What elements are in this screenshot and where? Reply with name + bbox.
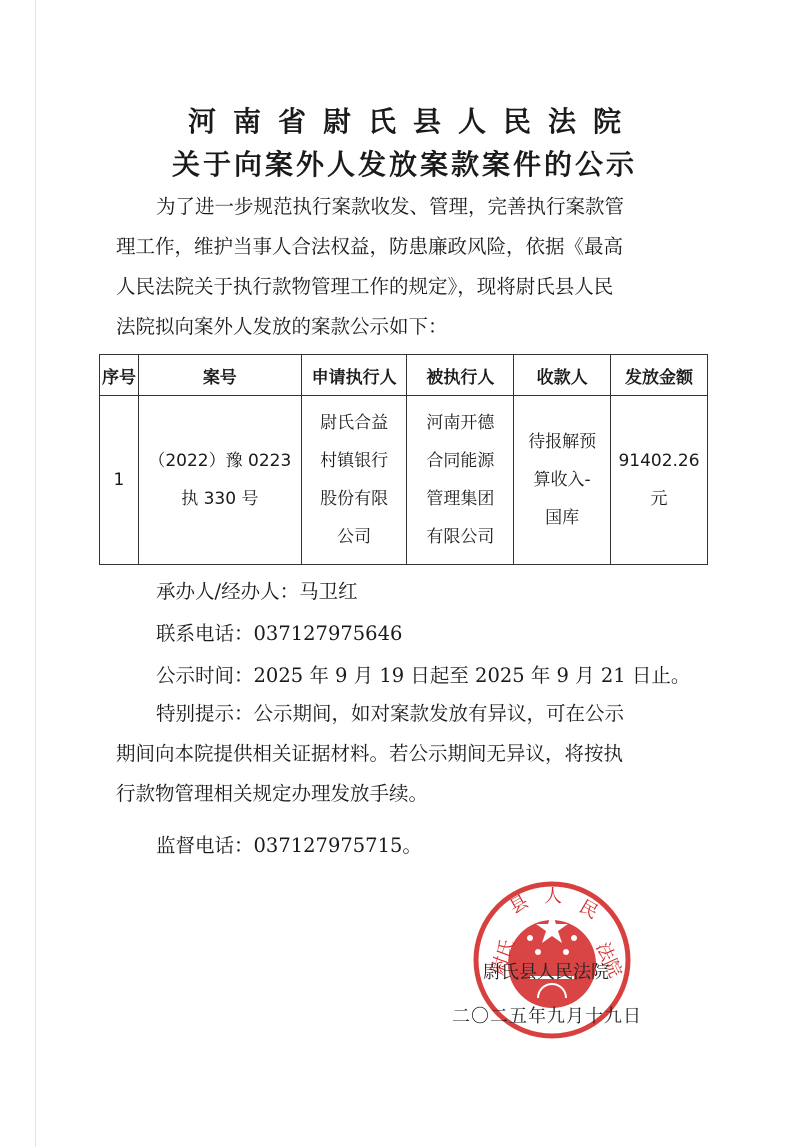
cell-applicant: 尉氏合益 村镇银行 股份有限 公司 (301, 396, 407, 565)
case-no-line-1: （2022）豫 0223 (139, 442, 301, 480)
cell-payee: 待报解预 算收入- 国库 (514, 396, 611, 565)
col-header-index: 序号 (100, 355, 139, 396)
applicant-line-4: 公司 (302, 518, 407, 556)
intro-paragraph: 为了进一步规范执行案款收发、管理，完善执行案款管 理工作，维护当事人合法权益，防… (116, 187, 716, 347)
payee-line-1: 待报解预 (514, 423, 610, 461)
intro-line-2: 理工作，维护当事人合法权益，防患廉政风险，依据《最高 (116, 227, 716, 267)
signature-date: 二〇二五年九月十九日 (452, 1002, 642, 1028)
table-header-row: 序号 案号 申请执行人 被执行人 收款人 发放金额 (100, 355, 708, 396)
respondent-line-1: 河南开德 (407, 404, 513, 442)
col-header-case-no: 案号 (138, 355, 301, 396)
col-header-respondent: 被执行人 (407, 355, 514, 396)
handler-line: 承办人/经办人：马卫红 (156, 576, 358, 604)
intro-line-3: 人民法院关于执行款物管理工作的规定》，现将尉氏县人民 (116, 267, 716, 307)
contact-phone-line: 联系电话：037127975646 (156, 618, 402, 646)
respondent-line-3: 管理集团 (407, 480, 513, 518)
supervision-phone-line: 监督电话：037127975715。 (156, 830, 422, 858)
notice-line-2: 期间向本院提供相关证据材料。若公示期间无异议，将按执 (116, 734, 716, 774)
amount-value: 91402.26 (611, 442, 707, 480)
cell-index: 1 (100, 396, 139, 565)
cell-case-no: （2022）豫 0223 执 330 号 (138, 396, 301, 565)
respondent-line-2: 合同能源 (407, 442, 513, 480)
amount-unit: 元 (611, 480, 707, 518)
cell-amount: 91402.26 元 (611, 396, 708, 565)
respondent-line-4: 有限公司 (407, 518, 513, 556)
applicant-line-1: 尉氏合益 (302, 404, 407, 442)
intro-line-1: 为了进一步规范执行案款收发、管理，完善执行案款管 (116, 187, 716, 227)
intro-line-4: 法院拟向案外人发放的案款公示如下： (116, 307, 716, 347)
signature-court-name: 尉氏县人民法院 (483, 958, 609, 984)
notice-line-1: 特别提示：公示期间，如对案款发放有异议，可在公示 (116, 694, 716, 734)
payee-line-3: 国库 (514, 499, 610, 537)
case-no-line-2: 执 330 号 (139, 480, 301, 518)
applicant-line-3: 股份有限 (302, 480, 407, 518)
court-name-heading: 河南省尉氏县人民法院 (0, 100, 809, 140)
table-row: 1 （2022）豫 0223 执 330 号 尉氏合益 村镇银行 股份有限 公司… (100, 396, 708, 565)
special-notice-paragraph: 特别提示：公示期间，如对案款发放有异议，可在公示 期间向本院提供相关证据材料。若… (116, 694, 716, 814)
applicant-line-2: 村镇银行 (302, 442, 407, 480)
col-header-amount: 发放金额 (611, 355, 708, 396)
col-header-payee: 收款人 (514, 355, 611, 396)
cell-respondent: 河南开德 合同能源 管理集团 有限公司 (407, 396, 514, 565)
svg-text:人: 人 (544, 886, 562, 907)
publicity-period-line: 公示时间：2025 年 9 月 19 日起至 2025 年 9 月 21 日止。 (156, 660, 690, 688)
payee-line-2: 算收入- (514, 461, 610, 499)
notice-line-3: 行款物管理相关规定办理发放手续。 (116, 774, 716, 814)
notice-title: 关于向案外人发放案款案件的公示 (0, 143, 809, 183)
case-table: 序号 案号 申请执行人 被执行人 收款人 发放金额 1 （2022）豫 0223… (99, 354, 708, 565)
col-header-applicant: 申请执行人 (301, 355, 407, 396)
